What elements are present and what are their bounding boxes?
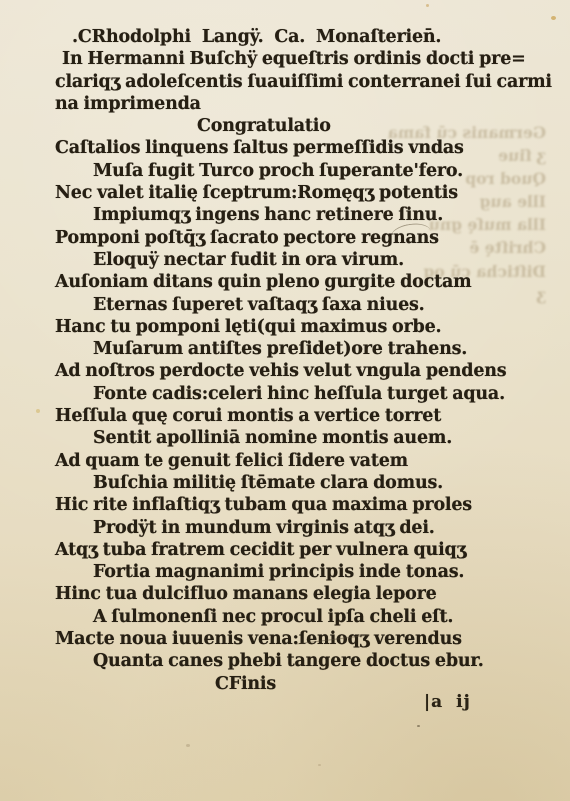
paper-speck — [426, 4, 429, 7]
text-line: Hanc tu pomponi lęti(qui maximus orbe. — [55, 316, 525, 338]
text-line: Heſſula quę corui montis a vertice torre… — [55, 405, 525, 427]
text-line: Impiumqʒ ingens hanc retinere ſinu. — [93, 204, 525, 226]
paper-speck — [417, 725, 420, 727]
text-line: Eloquÿ nectar fudit in ora virum. — [93, 249, 525, 271]
text-line: .CRhodolphi Langÿ. Ca. Monaſterien̄. — [72, 26, 525, 48]
text-line: Hic rite inflaſtiqʒ tubam qua maxima pro… — [55, 494, 525, 516]
paper-speck — [551, 16, 556, 20]
text-line: Muſa fugit Turco proch ſuperante'fero. — [93, 160, 525, 182]
text-line: Hinc tua dulcifluo manans elegia lepore — [55, 583, 525, 605]
paper-speck — [318, 764, 321, 766]
text-line: Quanta canes phebi tangere doctus ebur. — [93, 650, 525, 672]
text-line: In Hermanni Buſchÿ equeſtris ordinis doc… — [62, 48, 525, 70]
text-line: Ad noſtros perdocte vehis velut vngula p… — [55, 360, 525, 382]
text-line: Sentit apolliniā nomine montis auem. — [93, 427, 525, 449]
text-line: Atqʒ tuba fratrem cecidit per vulnera qu… — [55, 539, 525, 561]
text-line: clariqʒ adoleſcentis ſuauiſſimi conterra… — [55, 71, 525, 93]
text-line: Nec valet italię ſceptrum:Romęqʒ potenti… — [55, 182, 525, 204]
quire-signature: |a ij — [424, 692, 471, 712]
text-line: Macte noua iuuenis vena:ſenioqʒ verendus — [55, 628, 525, 650]
text-line: Caſtalios linquens ſaltus permeſſidis vn… — [55, 137, 525, 159]
text-line: na imprimenda — [55, 93, 525, 115]
text-line: Eternas ſuperet vaſtaqʒ ſaxa niues. — [93, 294, 525, 316]
text-line: A ſulmonenſi nec procul ipſa cheli eſt. — [93, 606, 525, 628]
text-line: Pomponi poſtq̄ʒ ſacrato pectore regnans — [55, 227, 525, 249]
poem-text-block: .CRhodolphi Langÿ. Ca. Monaſterien̄.In H… — [55, 26, 525, 695]
text-line: Ad quam te genuit felici ſidere vatem — [55, 450, 525, 472]
text-line: Muſarum antiſtes preſidet)ore trahens. — [93, 338, 525, 360]
book-page: Germanis cū famaʒ ſiueQuod ropIlle augIl… — [0, 0, 570, 801]
text-line: Fonte cadis:celeri hinc heſſula turget a… — [93, 383, 525, 405]
text-line: Congratulatio — [197, 115, 525, 137]
paper-speck — [36, 409, 40, 413]
text-line: Auſoniam ditans quin pleno gurgite docta… — [55, 271, 525, 293]
text-line: Prodÿt in mundum virginis atqʒ dei. — [93, 517, 525, 539]
text-line: Fortia magnanimi principis inde tonas. — [93, 561, 525, 583]
paper-speck — [186, 744, 190, 747]
text-line: Buſchia militię ſtēmate clara domus. — [93, 472, 525, 494]
text-line: CFinis — [215, 673, 525, 695]
